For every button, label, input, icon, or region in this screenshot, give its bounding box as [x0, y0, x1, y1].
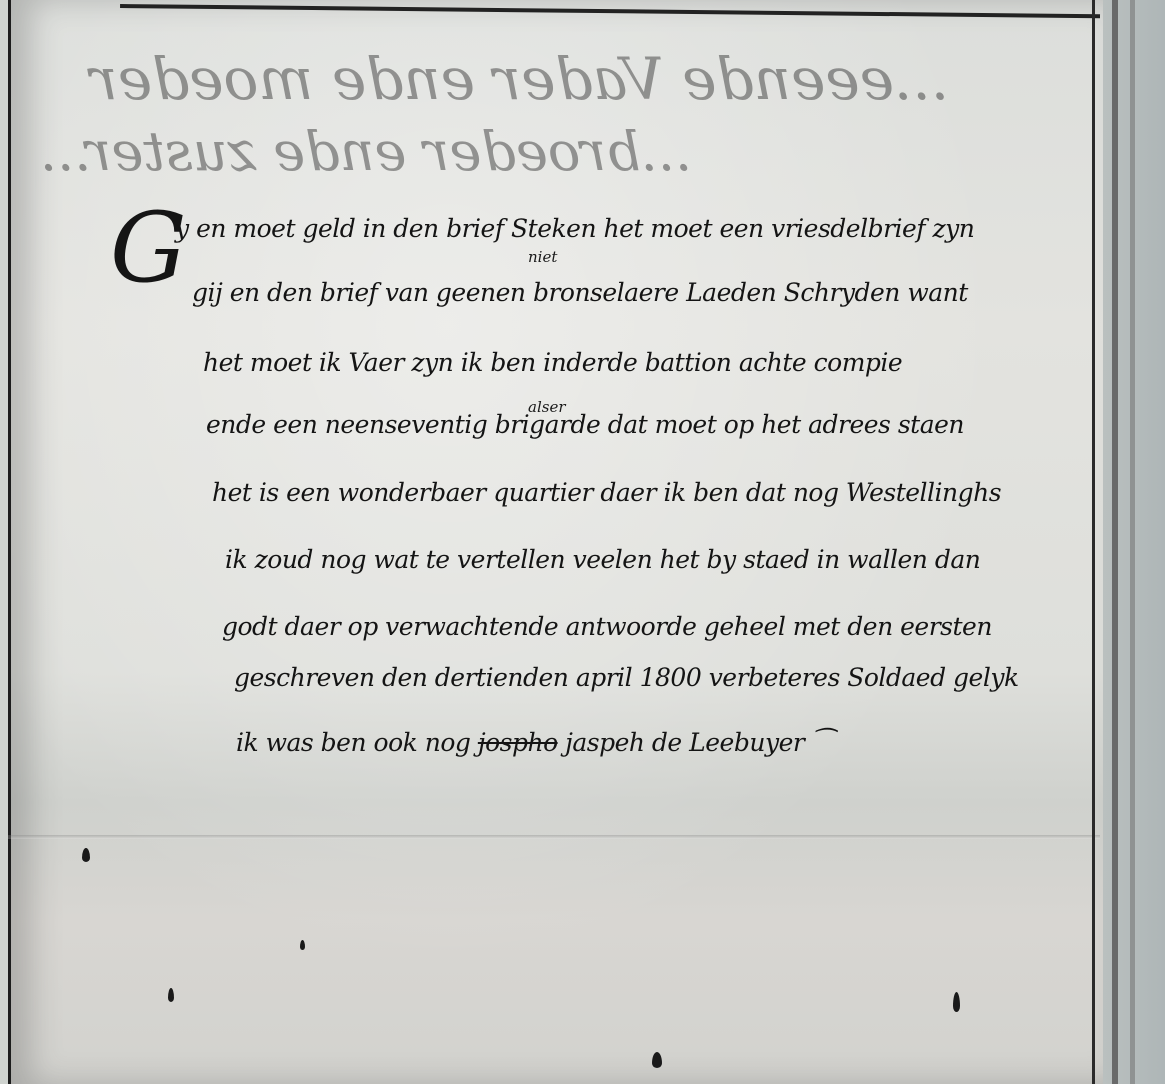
paper-fold — [8, 835, 1100, 839]
letter-line-1: y en moet geld in den brief Steken het m… — [175, 214, 974, 243]
page-edge — [1112, 0, 1118, 1084]
letter-line-9-signature: ik was ben ook nog jospho jaspeh de Leeb… — [236, 728, 831, 757]
signature-flourish: ⁀ — [812, 728, 832, 757]
ink-speck — [953, 992, 960, 1012]
line-text-cont: Steken het moet een vriesdelbrief zyn — [511, 214, 974, 243]
letter-line-2: gij en den brief van geenen bronselaere … — [192, 278, 968, 307]
ink-speck — [652, 1052, 662, 1068]
ink-speck — [300, 940, 305, 950]
ink-speck — [82, 848, 90, 862]
letter-line-4: ende een neenseventig brigarde dat moet … — [206, 410, 964, 439]
line-text: y en moet geld in den brief — [175, 214, 504, 243]
letter-line-8: geschreven den dertienden april 1800 ver… — [234, 663, 1019, 692]
letter-line-3: het moet ik Vaer zyn ik ben inderde batt… — [203, 348, 902, 377]
page-edge — [1092, 0, 1095, 1084]
bleed-through-text: ...broeder ende zuster... — [40, 120, 692, 183]
line-text: ik was ben ook nog — [236, 728, 470, 757]
stacked-page-edges — [1092, 0, 1165, 1084]
interlinear-insertion: niet — [528, 248, 557, 266]
struck-out-word: jospho — [478, 728, 558, 757]
page-edge — [1130, 0, 1135, 1084]
bleed-through-text: ...eeende Vader ende moeder — [90, 45, 949, 113]
ink-speck — [168, 988, 174, 1002]
letter-line-7: godt daer op verwachtende antwoorde gehe… — [222, 612, 992, 641]
letter-line-5: het is een wonderbaer quartier daer ik b… — [212, 478, 1001, 507]
signature: jaspeh de Leebuyer — [565, 728, 804, 757]
letter-line-6: ik zoud nog wat te vertellen veelen het … — [225, 545, 980, 574]
